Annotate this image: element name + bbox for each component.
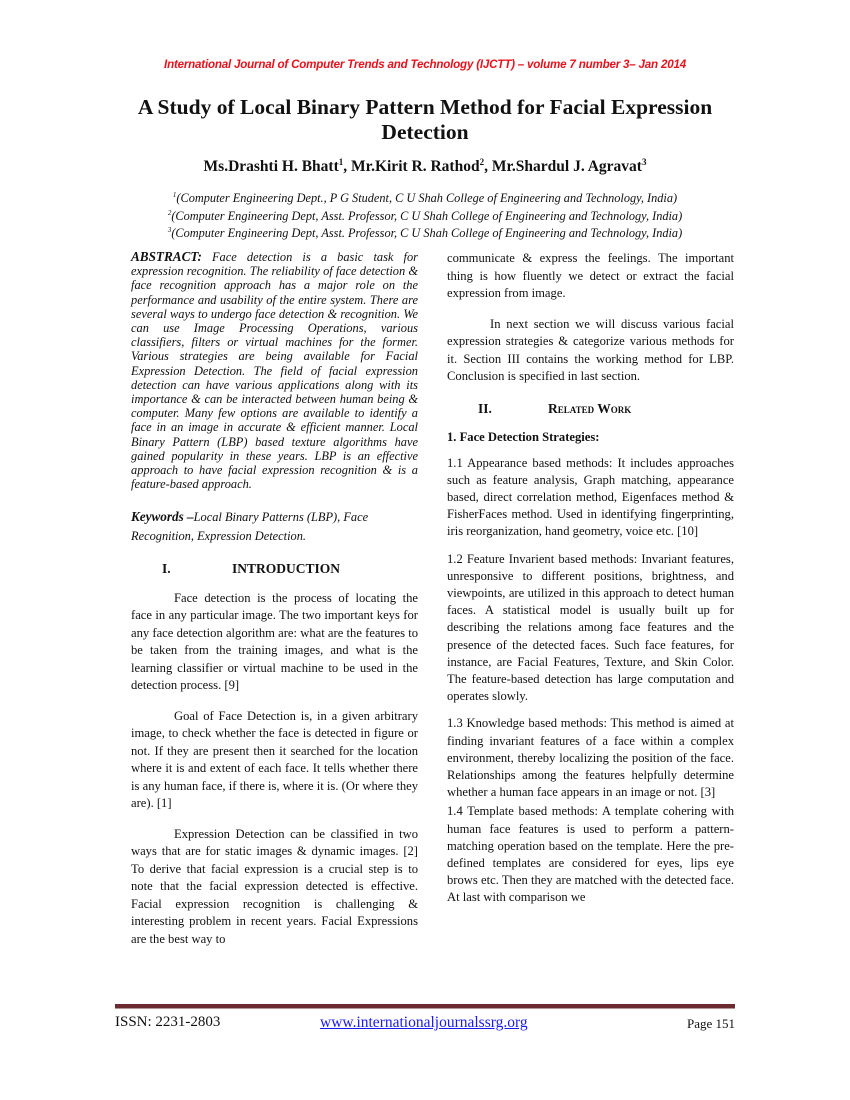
paragraph: Goal of Face Detection is, in a given ar…	[131, 708, 418, 813]
left-column: ABSTRACT: Face detection is a basic task…	[131, 250, 418, 961]
keywords-label: Keywords –	[131, 509, 194, 524]
paragraph: communicate & express the feelings. The …	[447, 250, 734, 303]
issn: ISSN: 2231-2803	[115, 1014, 220, 1031]
author-name: Mr.Kirit R. Rathod	[351, 158, 480, 175]
subsection-heading: 1. Face Detection Strategies:	[447, 429, 734, 447]
abstract-label: ABSTRACT:	[131, 249, 202, 264]
section-heading-related-work: II. Related Work	[447, 400, 734, 418]
affiliation: 3(Computer Engineering Dept, Asst. Profe…	[0, 223, 850, 241]
affiliation-text: (Computer Engineering Dept., P G Student…	[176, 191, 677, 205]
list-item: 1.1 Appearance based methods: It include…	[447, 455, 734, 541]
journal-link[interactable]: www.internationaljournalssrg.org	[320, 1014, 528, 1032]
section-heading-introduction: I. INTRODUCTION	[131, 560, 418, 578]
author-sup: 3	[642, 157, 647, 167]
page-number: Page 151	[687, 1016, 735, 1032]
affiliation-text: (Computer Engineering Dept, Asst. Profes…	[171, 209, 682, 223]
author-name: Ms.Drashti H. Bhatt	[204, 158, 339, 175]
page-footer: ISSN: 2231-2803 www.internationaljournal…	[115, 1014, 735, 1036]
section-number: I.	[131, 560, 232, 578]
right-column: communicate & express the feelings. The …	[447, 250, 734, 917]
affiliation: 2(Computer Engineering Dept, Asst. Profe…	[0, 206, 850, 224]
abstract-text: Face detection is a basic task for expre…	[131, 250, 418, 491]
paragraph: Expression Detection can be classified i…	[131, 826, 418, 949]
author-sup: 1	[339, 157, 344, 167]
keywords: Keywords –Local Binary Patterns (LBP), F…	[131, 507, 418, 546]
author-sup: 2	[480, 157, 485, 167]
section-number: II.	[447, 400, 548, 418]
list-item: 1.3 Knowledge based methods: This method…	[447, 715, 734, 801]
footer-divider	[115, 1004, 735, 1009]
section-title: INTRODUCTION	[232, 560, 340, 578]
author-list: Ms.Drashti H. Bhatt1, Mr.Kirit R. Rathod…	[0, 157, 850, 176]
list-item: 1.2 Feature Invarient based methods: Inv…	[447, 551, 734, 706]
affiliation-text: (Computer Engineering Dept, Asst. Profes…	[171, 226, 682, 240]
abstract: ABSTRACT: Face detection is a basic task…	[131, 250, 418, 491]
journal-header: International Journal of Computer Trends…	[0, 58, 850, 71]
paragraph: Face detection is the process of locatin…	[131, 590, 418, 695]
author-name: Mr.Shardul J. Agravat	[492, 158, 642, 175]
section-title: Related Work	[548, 400, 631, 418]
affiliations: 1(Computer Engineering Dept., P G Studen…	[0, 188, 850, 241]
paragraph: In next section we will discuss various …	[447, 316, 734, 386]
paper-title: A Study of Local Binary Pattern Method f…	[110, 95, 740, 145]
list-item: 1.4 Template based methods: A template c…	[447, 803, 734, 906]
affiliation: 1(Computer Engineering Dept., P G Studen…	[0, 188, 850, 206]
